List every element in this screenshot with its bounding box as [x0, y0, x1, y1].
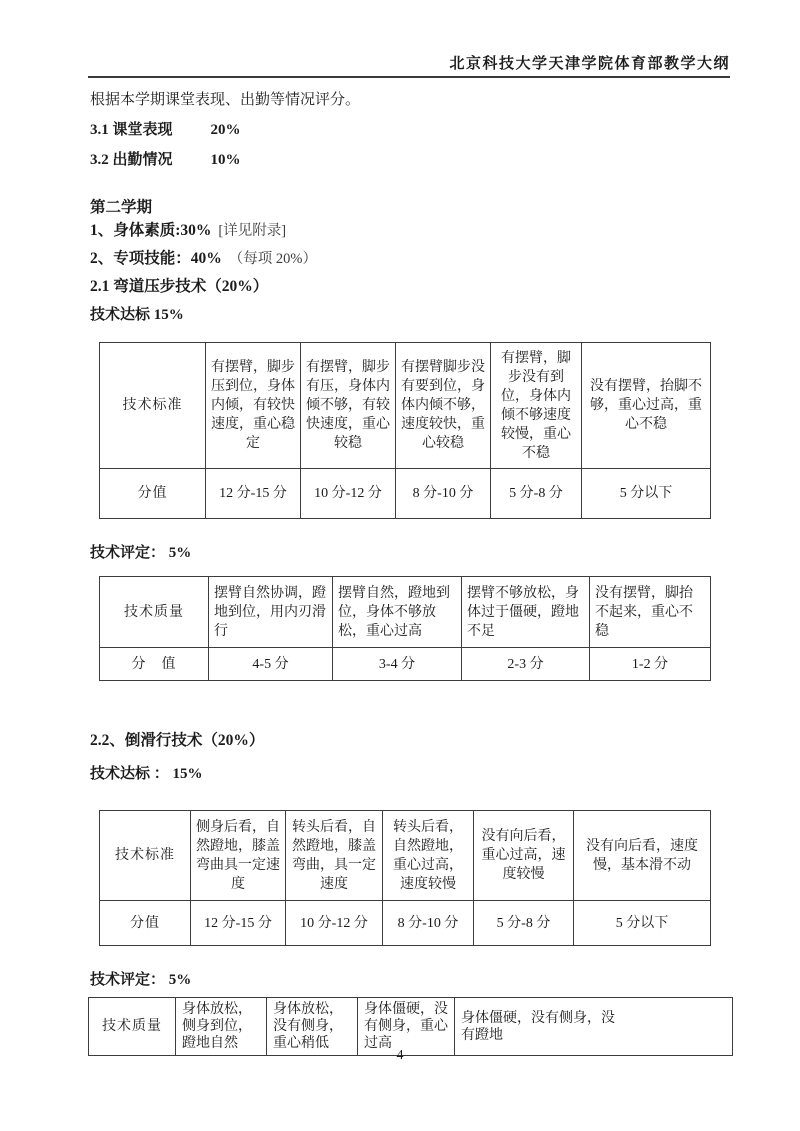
evaluation-table-21: 技术质量 摆臂自然协调，蹬地到位，用内刃滑行 摆臂自然，蹬地到位，身体不够放松，…: [99, 576, 711, 681]
list-item-label: 1、身体素质:30%: [90, 222, 211, 239]
section22-heading: 2.2、倒滑行技术（20%）: [90, 728, 264, 750]
header-title: 北京科技大学天津学院体育部教学大纲: [449, 52, 730, 73]
list-item-note: [详见附录]: [218, 223, 286, 239]
score-cell: 3-4 分: [333, 648, 462, 681]
section21-evaluation-heading: 技术评定： 5%: [90, 541, 191, 562]
score-cell: 1-2 分: [590, 648, 711, 681]
section22-evaluation-heading: 技术评定： 5%: [90, 968, 191, 989]
standard-table-22: 技术标准 侧身后看，自然蹬地，膝盖弯曲具一定速度 转头后看，自然蹬地，膝盖弯曲，…: [99, 810, 711, 946]
list-item-skills: 2、专项技能：40%（每项 20%）: [90, 246, 317, 268]
intro-text: 根据本学期课堂表现、出勤等情况评分。: [90, 88, 360, 109]
section21-standard-heading: 技术达标 15%: [90, 303, 184, 324]
score-cell: 5 分-8 分: [491, 469, 582, 519]
score-cell: 10 分-12 分: [286, 901, 383, 946]
score-cell: 4-5 分: [209, 648, 333, 681]
grade-item-label: 3.1 课堂表现: [90, 122, 173, 138]
table-row-label: 技术标准: [100, 811, 191, 901]
criteria-cell: 有摆臂，脚步有压，身体内倾不够，有较快速度，重心较稳: [301, 343, 396, 469]
grade-item-value: 20%: [211, 122, 241, 138]
header-rule: [88, 76, 730, 78]
criteria-cell: 身体僵硬，没有侧身，没有蹬地: [455, 998, 733, 1056]
score-cell: 5 分-8 分: [474, 901, 574, 946]
grade-item-attendance: 3.2 出勤情况10%: [90, 148, 241, 169]
criteria-cell: 有摆臂，脚步压到位，身体内倾，有较快速度，重心稳定: [206, 343, 301, 469]
criteria-cell: 摆臂不够放松，身体过于僵硬，蹬地不足: [462, 577, 590, 648]
criteria-cell: 没有向后看，速度慢，基本滑不动: [574, 811, 711, 901]
score-cell: 8 分-10 分: [396, 469, 491, 519]
score-cell: 5 分以下: [574, 901, 711, 946]
criteria-cell: 身体放松，没有侧身，重心稍低: [267, 998, 358, 1056]
list-item-note: （每项 20%）: [229, 251, 317, 267]
semester2-heading: 第二学期: [90, 195, 152, 217]
criteria-cell: 没有摆臂，抬脚不够，重心过高，重心不稳: [582, 343, 711, 469]
criteria-cell: 摆臂自然，蹬地到位，身体不够放松，重心过高: [333, 577, 462, 648]
table-row-label: 技术质量: [100, 577, 209, 648]
standard-table-21: 技术标准 有摆臂，脚步压到位，身体内倾，有较快速度，重心稳定 有摆臂，脚步有压，…: [99, 342, 711, 519]
list-item-label: 2、专项技能：40%: [90, 250, 222, 267]
criteria-cell: 身体放松，侧身到位，蹬地自然: [176, 998, 267, 1056]
score-cell: 2-3 分: [462, 648, 590, 681]
table-row-label: 分值: [100, 469, 206, 519]
criteria-cell: 转头后看，自然蹬地，重心过高，速度较慢: [383, 811, 474, 901]
criteria-cell: 没有向后看，重心过高，速度较慢: [474, 811, 574, 901]
document-page: 北京科技大学天津学院体育部教学大纲 根据本学期课堂表现、出勤等情况评分。 3.1…: [0, 0, 800, 1131]
table-row-label: 技术标准: [100, 343, 206, 469]
list-item-fitness: 1、身体素质:30%[详见附录]: [90, 218, 286, 240]
criteria-cell: 没有摆臂，脚抬不起来，重心不稳: [590, 577, 711, 648]
criteria-cell: 有摆臂脚步没有要到位，身体内倾不够，速度较快，重心较稳: [396, 343, 491, 469]
criteria-cell: 身体僵硬，没有侧身，重心过高: [358, 998, 455, 1056]
table-row-label: 分值: [100, 901, 191, 946]
criteria-text: 身体僵硬，没有侧身，没有蹬地: [461, 1010, 621, 1044]
score-cell: 5 分以下: [582, 469, 711, 519]
score-cell: 12 分-15 分: [206, 469, 301, 519]
grade-item-label: 3.2 出勤情况: [90, 152, 173, 168]
section22-standard-heading: 技术达标 ： 15%: [90, 762, 203, 783]
criteria-cell: 侧身后看，自然蹬地，膝盖弯曲具一定速度: [191, 811, 286, 901]
criteria-cell: 有摆臂，脚步没有到位，身体内倾不够速度较慢，重心不稳: [491, 343, 582, 469]
section21-heading: 2.1 弯道压步技术（20%）: [90, 274, 268, 296]
table-row-label: 技术质量: [89, 998, 176, 1056]
criteria-cell: 转头后看，自然蹬地，膝盖弯曲，具一定速度: [286, 811, 383, 901]
score-cell: 10 分-12 分: [301, 469, 396, 519]
criteria-cell: 摆臂自然协调，蹬地到位，用内刃滑行: [209, 577, 333, 648]
grade-item-course: 3.1 课堂表现20%: [90, 118, 241, 139]
table-row-label: 分 值: [100, 648, 209, 681]
score-cell: 12 分-15 分: [191, 901, 286, 946]
grade-item-value: 10%: [211, 152, 241, 168]
score-cell: 8 分-10 分: [383, 901, 474, 946]
page-number: 4: [0, 1048, 800, 1064]
